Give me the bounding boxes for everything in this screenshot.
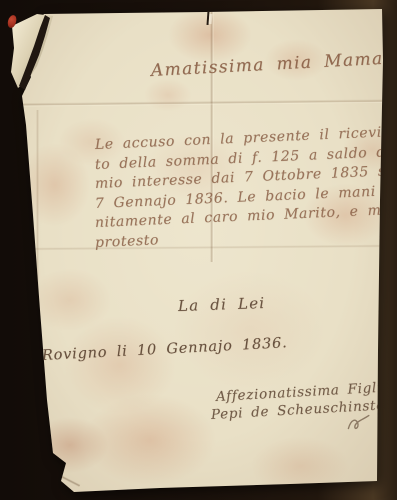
salutation-line: Amatissima mia Mama ! (150, 48, 397, 81)
fold-crease-horizontal-lower (26, 244, 380, 250)
dateline: Rovigno li 10 Gennajo 1836. (42, 335, 288, 364)
signature-flourish-icon (345, 412, 374, 437)
body-line: protesto (95, 232, 160, 251)
letter-scan-background: Amatissima mia Mama ! Le accuso con la p… (0, 0, 397, 500)
paper-shadow-wrapper: Amatissima mia Mama ! Le accuso con la p… (0, 0, 397, 500)
valediction-line: La di Lei (178, 294, 266, 315)
fold-crease-vertical-left (36, 110, 39, 320)
corner-fold-crease (27, 458, 80, 487)
letter-paper: Amatissima mia Mama ! Le accuso con la p… (0, 0, 397, 500)
fold-crease-horizontal-upper (22, 99, 382, 107)
